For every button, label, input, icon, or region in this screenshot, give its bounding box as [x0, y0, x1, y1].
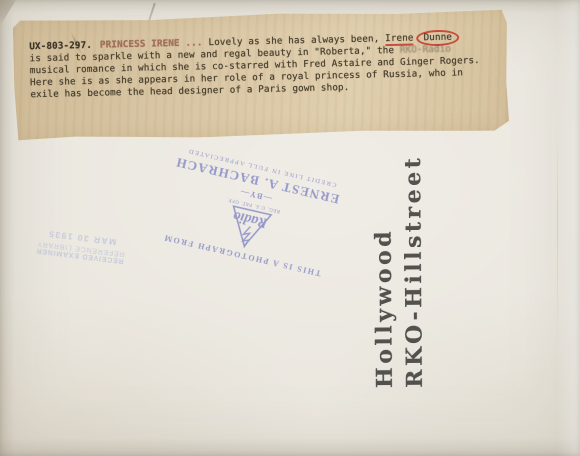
library-received-stamp: RECEIVED EXAMINER REFERENCE LIBRARY MAR … — [25, 226, 137, 265]
paper-scratch — [557, 130, 558, 350]
caption-headline: PRINCESS IRENE ... — [100, 37, 203, 50]
worn-corner — [0, 0, 16, 26]
caption-clipping: UX-803-297.PRINCESS IRENE ...Lovely as s… — [13, 8, 510, 141]
photo-verso: UX-803-297.PRINCESS IRENE ...Lovely as s… — [0, 0, 580, 456]
photographer-stamp: THIS IS A PHOTOGRAPH FROM Radio REG. U.S… — [161, 146, 343, 278]
venue-stamp: Hollywood RKO-Hillstreet — [368, 188, 432, 389]
venue-stamp-line-2: RKO-Hillstreet — [398, 188, 430, 388]
caption-rko-radio-smudged: RKO-Radio — [400, 44, 452, 56]
venue-stamp-line-1: Hollywood — [368, 188, 400, 388]
caption-id-code: UX-803-297. — [29, 40, 92, 52]
rko-logo-word: Radio — [232, 208, 271, 232]
typed-caption: UX-803-297.PRINCESS IRENE ...Lovely as s… — [29, 31, 498, 102]
